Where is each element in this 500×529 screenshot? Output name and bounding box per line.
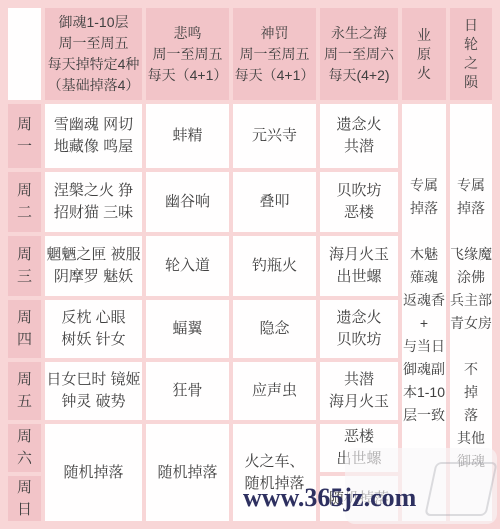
cell-mon-yuhun: 雪幽魂 网切 地藏像 鸣屋 xyxy=(45,104,142,168)
header-yuhun: 御魂1-10层 周一至周五 每天掉特定4种 （基础掉落4） xyxy=(45,8,142,100)
cell-tue-shenfa: 叠叩 xyxy=(233,172,316,232)
day-label-sat: 周 六 xyxy=(8,424,41,472)
cell-thu-beiming: 蝠翼 xyxy=(146,300,229,358)
header-yongsheng: 永生之海 周一至周六 每天(4+2) xyxy=(320,8,398,100)
corner-cell xyxy=(8,8,41,100)
cell-thu-yuhun: 反枕 心眼 树妖 针女 xyxy=(45,300,142,358)
cell-fri-yuhun: 日女巳时 镜姬 钟灵 破势 xyxy=(45,362,142,420)
cell-wed-shenfa: 钓瓶火 xyxy=(233,236,316,296)
header-riluan: 日 轮 之 陨 xyxy=(450,8,492,100)
day-label-fri: 周 五 xyxy=(8,362,41,420)
cell-mon-yongsheng: 遗念火 共潜 xyxy=(320,104,398,168)
day-label-wed: 周 三 xyxy=(8,236,41,296)
header-shenfa: 神罚 周一至周五 每天（4+1） xyxy=(233,8,316,100)
cell-weekend-yuhun: 随机掉落 xyxy=(45,424,142,521)
cell-tue-yuhun: 涅槃之火 狰 招财猫 三味 xyxy=(45,172,142,232)
cell-fri-beiming: 狂骨 xyxy=(146,362,229,420)
cell-fri-shenfa: 应声虫 xyxy=(233,362,316,420)
soul-drop-schedule-table: 御魂1-10层 周一至周五 每天掉特定4种 （基础掉落4） 悲鸣 周一至周五 每… xyxy=(0,0,500,529)
cell-fri-yongsheng: 共潜 海月火玉 xyxy=(320,362,398,420)
cell-thu-yongsheng: 遗念火 贝吹坊 xyxy=(320,300,398,358)
watermark-url: www.365jz.com xyxy=(243,483,416,513)
header-yeyuanhuo: 业 原 火 xyxy=(402,8,446,100)
cell-weekend-beiming: 随机掉落 xyxy=(146,424,229,521)
day-label-thu: 周 四 xyxy=(8,300,41,358)
cell-tue-yongsheng: 贝吹坊 恶楼 xyxy=(320,172,398,232)
day-label-mon: 周 一 xyxy=(8,104,41,168)
cell-mon-shenfa: 元兴寺 xyxy=(233,104,316,168)
day-label-tue: 周 二 xyxy=(8,172,41,232)
header-beiming: 悲鸣 周一至周五 每天（4+1） xyxy=(146,8,229,100)
cell-wed-yongsheng: 海月火玉 出世螺 xyxy=(320,236,398,296)
cell-wed-beiming: 轮入道 xyxy=(146,236,229,296)
watermark-logo xyxy=(424,462,497,516)
cell-wed-yuhun: 魍魉之匣 被服 阴摩罗 魅妖 xyxy=(45,236,142,296)
cell-thu-shenfa: 隐念 xyxy=(233,300,316,358)
cell-tue-beiming: 幽谷响 xyxy=(146,172,229,232)
cell-mon-beiming: 蚌精 xyxy=(146,104,229,168)
day-label-sun: 周 日 xyxy=(8,476,41,521)
